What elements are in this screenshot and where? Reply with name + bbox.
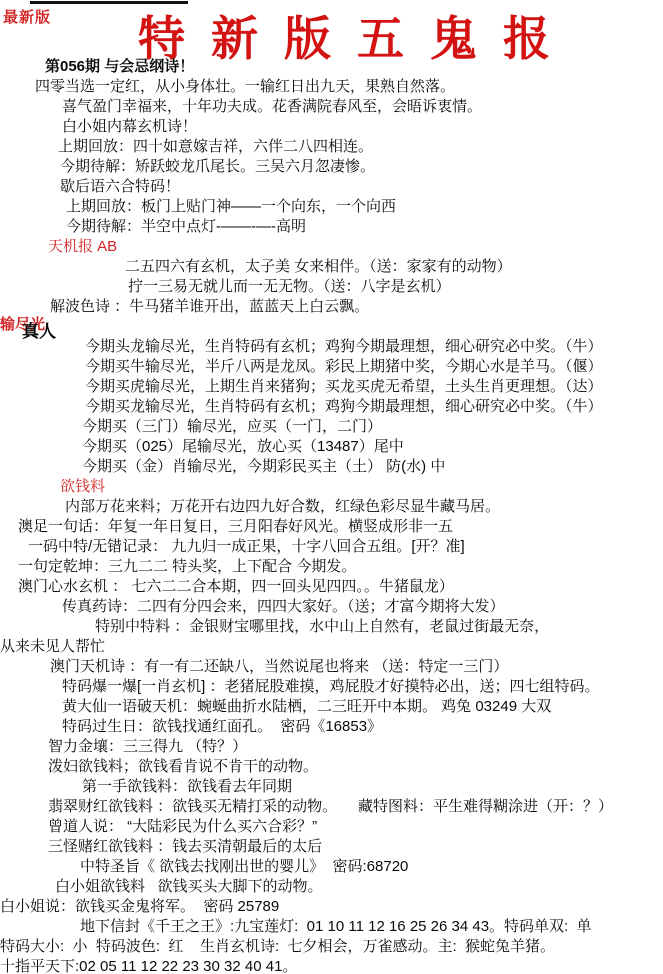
- text-line: 智力金壤：三三得九 （特？）: [0, 737, 663, 757]
- text-line: 白小姐内幕玄机诗！: [0, 117, 663, 137]
- section-label-black: 真人: [22, 322, 56, 342]
- section-heading: 天机报 AB: [0, 237, 663, 257]
- section-label-overlap: 输尽光真人: [0, 317, 663, 337]
- text-line: 特码大小: 小 特码波色: 红 生肖玄机诗: 七夕相会，万雀感动。主: 猴蛇兔羊…: [0, 937, 663, 957]
- text-line: 一码中特/无错记录： 九九归一成正果，十字八回合五组。[开？准]: [0, 537, 663, 557]
- text-line: 今期买（025）尾输尽光，放心买（13487）尾中: [0, 437, 663, 457]
- text-line: 今期买（金）肖输尽光，今期彩民买主（土） 防(水) 中: [0, 457, 663, 477]
- text-line: 中特圣旨《 欲钱去找刚出世的婴儿》 密码:68720: [0, 857, 663, 877]
- text-line: 三怪赌红欲钱料 ：钱去买清朝最后的太后: [0, 837, 663, 857]
- text-line: 特码过生日：欲钱找通红面孔。 密码《16853》: [0, 717, 663, 737]
- text-line: 今期待解：半空中点灯-——-—-高明: [0, 217, 663, 237]
- text-line: 上期回放：四十如意嫁吉祥，六伴二八四相连。: [0, 137, 663, 157]
- text-line: 传真药诗：二四有分四会来，四四大家好。（送；才富今期将大发）: [0, 597, 663, 617]
- text-line: 澳门天机诗 ：有一有二还缺八，当然说尾也将来 （送：特定一三门）: [0, 657, 663, 677]
- text-line: 喜气盈门幸福来，十年功夫成。花香满院春风至，会晤诉衷情。: [0, 97, 663, 117]
- text-line: 从来未见人帮忙: [0, 637, 663, 657]
- text-line: 白小姐欲钱料 欲钱买头大脚下的动物。: [0, 877, 663, 897]
- text-line: 二五四六有玄机，太子美 女来相伴。（送：家家有的动物）: [0, 257, 663, 277]
- text-line: 曾道人说： “大陆彩民为什么买六合彩？”: [0, 817, 663, 837]
- text-line: 今期买牛输尽光，半斤八两是龙凤。彩民上期猪中奖，今期心水是羊马。（偃）: [0, 357, 663, 377]
- text-line: 特码爆一爆[一肖玄机] ：老猪屁股难摸，鸡屁股才好摸特必出，送；四七组特码。: [0, 677, 663, 697]
- text-line: 澳门心水玄机 ： 七六二二合本期，四一回头见四四。。牛猪鼠龙）: [0, 577, 663, 597]
- text-line: 解波色诗 ：牛马猪羊谁开出，蓝蓝天上白云飘。: [0, 297, 663, 317]
- text-line: 今期待解：矫跃蛟龙爪尾长。三吴六月忽凄惨。: [0, 157, 663, 177]
- text-line: 特别中特料 ：金银财宝哪里找，水中山上自然有，老鼠过街最无奈，: [0, 617, 663, 637]
- text-line: 第056期 与会忌纲诗！: [0, 57, 663, 77]
- text-line: 黄大仙一语破天机：蜿蜒曲折水陆栖，二三旺开中本期。 鸡兔 03249 大双: [0, 697, 663, 717]
- text-line: 今期头龙输尽光，生肖特码有玄机；鸡狗今期最理想，细心研究必中奖。（牛）: [0, 337, 663, 357]
- text-line: 内部万花来料；万花开右边四九好合数，红绿色彩尽显牛藏马居。: [0, 497, 663, 517]
- text-line: 十指平天下:02 05 11 12 22 23 30 32 40 41。: [0, 957, 663, 974]
- text-line: 今期买虎输尽光，上期生肖来猪狗；买龙买虎无希望，土头生肖更理想。（达）: [0, 377, 663, 397]
- section-heading: 欲钱料: [0, 477, 663, 497]
- edition-badge: 最新版: [3, 6, 51, 27]
- text-line: 今期买龙输尽光，生肖特码有玄机；鸡狗今期最理想，细心研究必中奖。（牛）: [0, 397, 663, 417]
- text-line: 澳足一句话：年复一年日复日，三月阳春好风光。横竖成形非一五: [0, 517, 663, 537]
- text-line: 上期回放：板门上贴门神——一个向东，一个向西: [0, 197, 663, 217]
- text-line: 地下信封《千王之王》:九宝莲灯: 01 10 11 12 16 25 26 34…: [0, 917, 663, 937]
- text-line: 四零当选一定红，从小身体壮。一输红日出九天，果熟自然落。: [0, 77, 663, 97]
- lottery-tip-sheet: 最新版 特新版五鬼报 第056期 与会忌纲诗！四零当选一定红，从小身体壮。一输红…: [0, 0, 663, 974]
- text-line: 白小姐说：欲钱买金鬼将军。 密码 25789: [0, 897, 663, 917]
- text-line: 拧一三易无就儿而一无无物。（送：八字是玄机）: [0, 277, 663, 297]
- document-body: 第056期 与会忌纲诗！四零当选一定红，从小身体壮。一输红日出九天，果熟自然落。…: [0, 57, 663, 974]
- text-line: 一句定乾坤：三九二二 特头奖，上下配合 今期发。: [0, 557, 663, 577]
- text-line: 泼妇欲钱料；欲钱看肯说不肯干的动物。: [0, 757, 663, 777]
- text-line: 第一手欲钱料：欲钱看去年同期: [0, 777, 663, 797]
- text-line: 歇后语六合特码！: [0, 177, 663, 197]
- text-line: 今期买（三门）输尽光，应买（一门，二门）: [0, 417, 663, 437]
- text-line: 翡翠财红欲钱料 ：欲钱买无精打采的动物。 藏特图料：平生难得糊涂进（开：？）: [0, 797, 663, 817]
